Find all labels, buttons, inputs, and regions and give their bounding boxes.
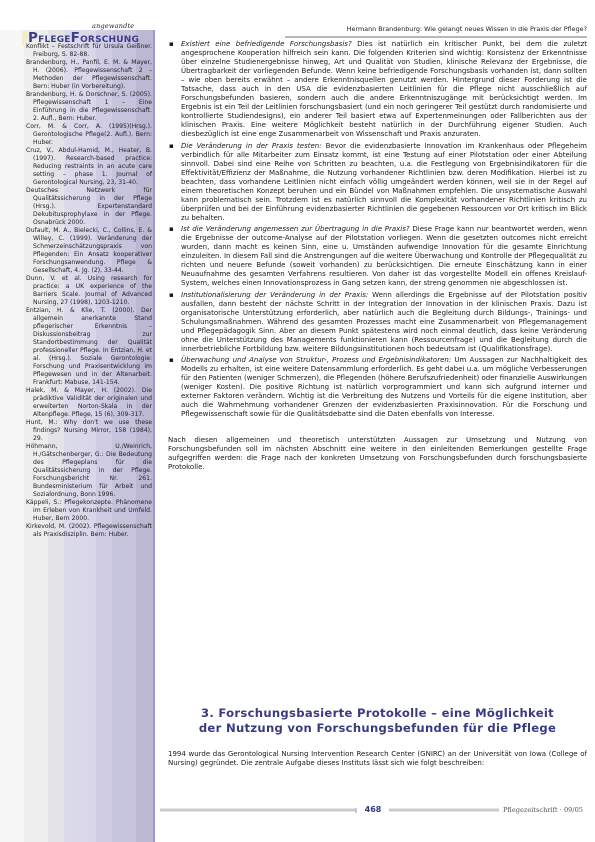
reference-item: Dunn, V. et al. Using research for pract… (26, 275, 152, 307)
bullet-item: ▪Institutionalisierung der Veränderung i… (168, 291, 587, 354)
reference-item: Kirkevold, M. (2002). Pflegewissenschaft… (26, 523, 152, 539)
logo-subtitle: angewandte (92, 22, 134, 30)
section-heading-line1: 3. Forschungsbasierte Protokolle – eine … (168, 706, 587, 721)
bullet-text: Wenn allerdings die Ergebnisse auf der P… (181, 291, 587, 353)
footer-rule-right (383, 808, 499, 812)
reference-item: Höhmann, U./Weinrich, H./Gätschenberger,… (26, 443, 152, 499)
reference-item: Brandenburg, H., Panfil, E. M. & Mayer, … (26, 59, 152, 91)
bullet-text: Dies ist natürlich ein kritischer Punkt,… (181, 40, 587, 138)
section-body: 1994 wurde das Gerontological Nursing In… (168, 750, 587, 768)
bullet-text: Um Aussagen zur Nachhaltigkeit des Model… (181, 356, 587, 418)
bullet-icon: ▪ (169, 225, 174, 234)
reference-item: Brandenburg, H. & Dorschner, S. (2005). … (26, 91, 152, 123)
bullet-item: ▪Die Veränderung in der Praxis testen: B… (168, 142, 587, 223)
bullet-title: Existiert eine befriedigende Forschungsb… (181, 40, 352, 48)
reference-item: Konflikt – Festschrift für Ursula Geißne… (26, 43, 152, 59)
page-number: 468 (357, 805, 389, 815)
reference-item: Halek, M. & Mayer, H. (2002). Die prädik… (26, 387, 152, 419)
bullet-title: Ist die Veränderung angemessen zur Übert… (181, 225, 410, 233)
bullet-title: Überwachung und Analyse von Struktur-, P… (181, 356, 451, 364)
bullet-item: ▪Überwachung und Analyse von Struktur-, … (168, 356, 587, 419)
bullet-icon: ▪ (169, 356, 174, 365)
reference-item: Hunt, M.: Why don't we use these finding… (26, 419, 152, 443)
bullet-item: ▪Ist die Veränderung angemessen zur Über… (168, 225, 587, 288)
reference-item: Dufault, M. A., Bielecki, C., Collins, E… (26, 227, 152, 275)
bullet-icon: ▪ (169, 142, 174, 151)
footer-rule-left (160, 808, 356, 812)
main-column: ▪Existiert eine befriedigende Forschungs… (168, 40, 587, 472)
reference-item: Entzian, H. & Klie, T. (2000). Der allge… (26, 307, 152, 387)
bullet-title: Die Veränderung in der Praxis testen: (181, 142, 322, 150)
reference-item: Käppeli, S.: Pflegekonzepte. Phänomene i… (26, 499, 152, 523)
bullet-text: Bevor die evidenzbasierte Innovation im … (181, 142, 587, 222)
bullet-title: Institutionalisierung der Veränderung in… (181, 291, 368, 299)
bullet-text: Diese Frage kann nur beantwortet werden,… (181, 225, 587, 287)
reference-item: Corr, M. & Corr, A. (1995)(Hrsg.). Geron… (26, 123, 152, 147)
running-head: Hermann Brandenburg: Wie gelangt neues W… (290, 25, 587, 33)
closing-paragraph: Nach diesen allgemeinen und theoretisch … (168, 436, 587, 472)
section-heading-line2: der Nutzung von Forschungsbefunden für d… (168, 721, 587, 736)
bullet-icon: ▪ (169, 291, 174, 300)
section-heading: 3. Forschungsbasierte Protokolle – eine … (168, 706, 587, 736)
journal-issue: Pflegezeitschrift · 09/05 (503, 806, 583, 814)
reference-list: Konflikt – Festschrift für Ursula Geißne… (26, 43, 152, 539)
reference-item: Deutsches Netzwerk für Qualitätssicherun… (26, 187, 152, 227)
paragraph-spacer (168, 422, 587, 436)
bullet-item: ▪Existiert eine befriedigende Forschungs… (168, 40, 587, 139)
bullet-icon: ▪ (169, 40, 174, 49)
header-rule (285, 36, 587, 38)
reference-item: Cruz, V., Abdul-Hamid, M., Heater, B. (1… (26, 147, 152, 187)
